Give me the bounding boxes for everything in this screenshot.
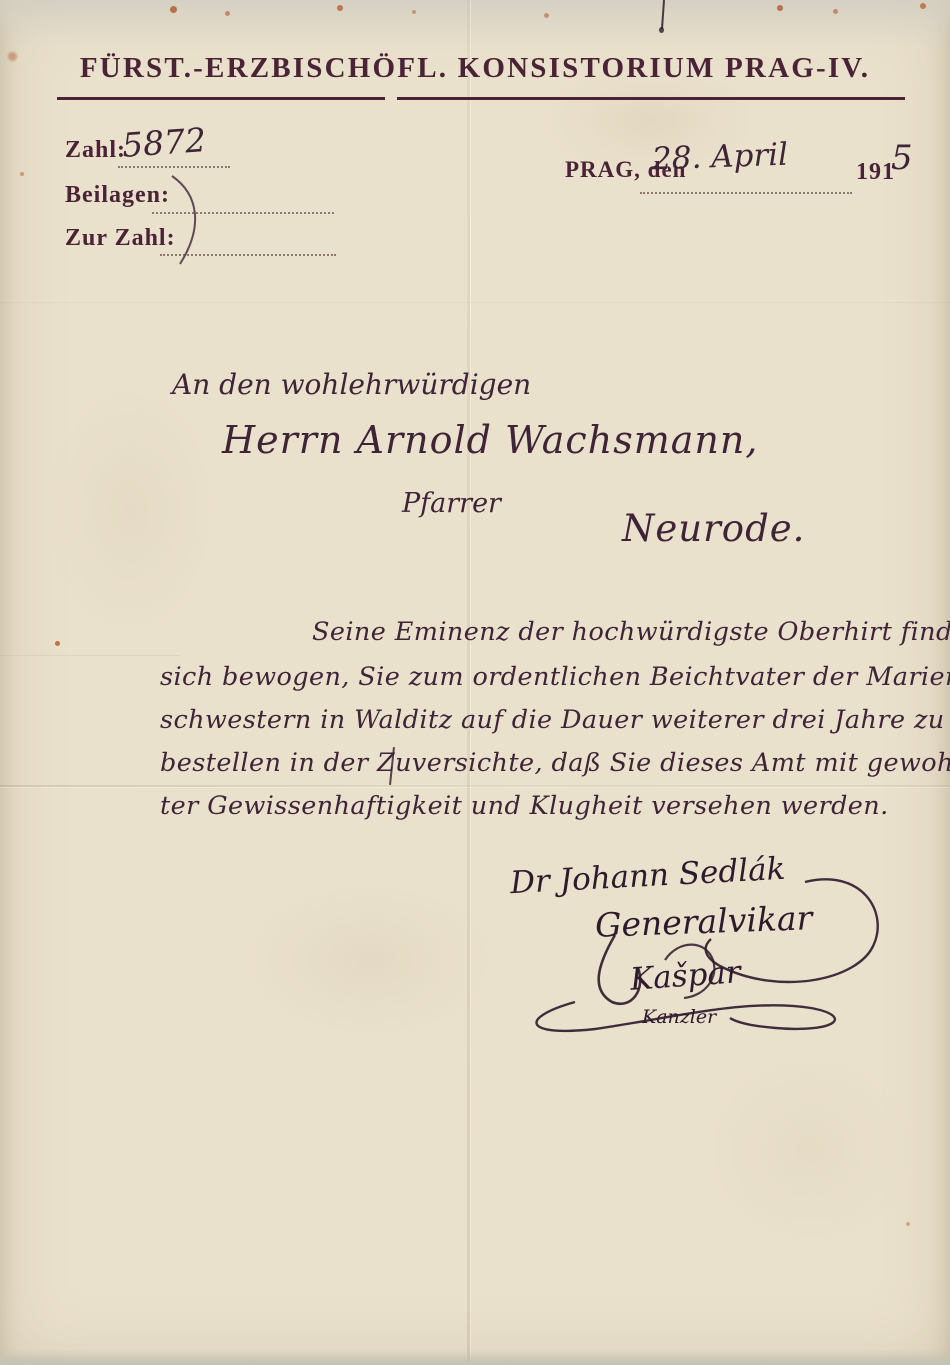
countersigner-title: Kanzler [642,1006,716,1028]
scan-bottom-edge [0,1351,950,1365]
foxing-spot [906,1222,910,1226]
foxing-spot [8,52,17,61]
pen-stroke-through-beilagen [150,168,250,273]
foxing-spot [55,641,60,646]
foxing-spot [777,5,783,11]
paper-stain [40,380,220,640]
faint-crease [0,302,950,303]
date-dotted-line [640,192,852,194]
zur-zahl-dotted-line [160,254,336,256]
scanned-letter-page: FÜRST.-ERZBISCHÖFL. KONSISTORIUM PRAG-IV… [0,0,950,1365]
foxing-spot [833,9,838,14]
signature-block: Dr Johann Sedlák Generalvikar Kašpar Kan… [480,840,920,1055]
paper-stain [240,880,500,1040]
ink-smudge-dot [659,27,664,33]
foxing-spot [412,10,416,14]
address-recipient-name: Herrn Arnold Wachsmann, [222,418,758,462]
foxing-spot [170,6,177,13]
body-line: bestellen in der Zuversichte, daß Sie di… [160,748,950,778]
letterhead-rule-left [57,97,385,100]
ink-smudge-mark [661,0,665,29]
body-line: ter Gewissenhaftigkeit und Klugheit vers… [160,791,889,821]
foxing-spot [544,13,549,18]
faint-crease [0,655,180,656]
signer-title: Generalvikar [594,898,813,945]
zur-zahl-label: Zur Zahl: [65,225,176,252]
foxing-spot [225,11,230,16]
letterhead-rule-right [397,97,905,100]
letterhead-title: FÜRST.-ERZBISCHÖFL. KONSISTORIUM PRAG-IV… [55,52,895,85]
foxing-spot [920,3,926,9]
horizontal-fold-highlight [0,787,950,788]
body-line: Seine Eminenz der hochwürdigste Oberhirt… [312,617,950,647]
paper-stain [700,1050,920,1250]
foxing-spot [337,5,343,11]
address-recipient-place: Neurode. [622,507,805,550]
address-recipient-role: Pfarrer [402,488,501,519]
year-handwritten-digit: 5 [891,138,913,178]
countersigner-name: Kašpar [629,954,742,998]
body-line: schwestern in Walditz auf die Dauer weit… [160,705,945,735]
foxing-spot [20,172,24,176]
year-printed: 191 [856,159,895,186]
aged-top-band [0,0,950,46]
date-handwritten-value: 28. April [651,137,788,178]
zahl-handwritten-value: 5872 [121,120,208,165]
body-line: sich bewogen, Sie zum ordentlichen Beich… [160,662,950,692]
zahl-label: Zahl: [65,137,126,164]
address-salutation: An den wohlehrwürdigen [172,368,531,401]
